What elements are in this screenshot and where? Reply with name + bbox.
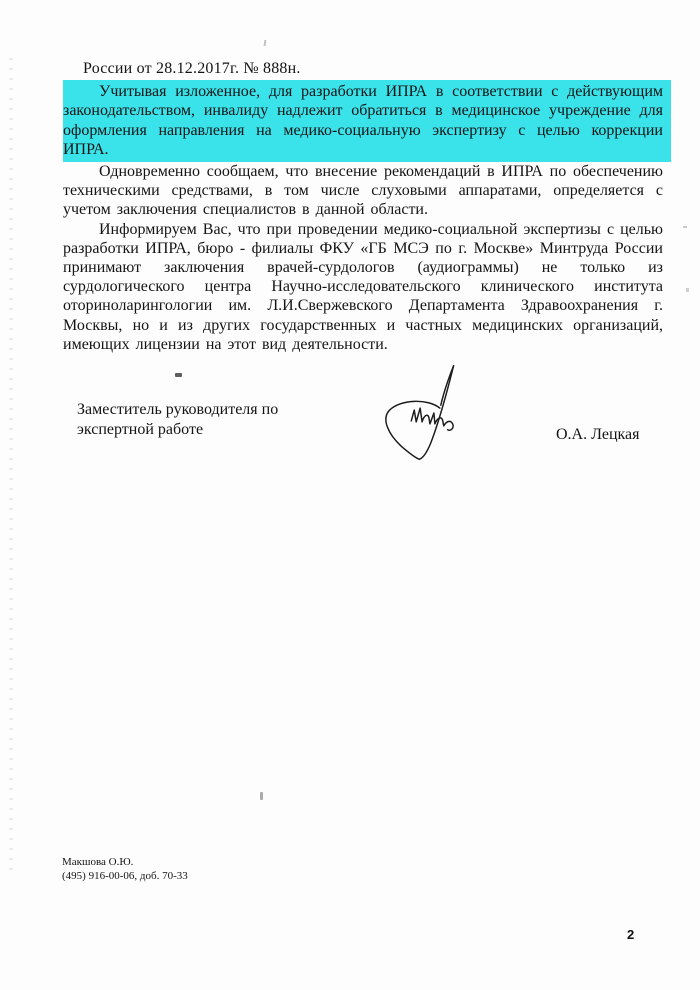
scan-artifact	[175, 373, 182, 377]
scan-artifact	[686, 288, 689, 292]
document-page: России от 28.12.2017г. № 888н. Учитывая …	[0, 0, 700, 990]
letter-body: России от 28.12.2017г. № 888н. Учитывая …	[63, 59, 663, 354]
executor-block: Макшова О.Ю. (495) 916-00-06, доб. 70-33	[62, 856, 188, 883]
signatory-position: Заместитель руководителя по экспертной р…	[77, 400, 282, 440]
opening-line: России от 28.12.2017г. № 888н.	[83, 59, 663, 78]
highlighted-paragraph: Учитывая изложенное, для разработки ИПРА…	[63, 80, 671, 162]
scan-artifact	[683, 226, 687, 228]
paragraph-audiogram-info: Информируем Вас, что при проведении меди…	[63, 220, 663, 354]
handwritten-signature	[378, 356, 478, 474]
scan-perforation-marks	[9, 58, 13, 878]
executor-phone: (495) 916-00-06, доб. 70-33	[62, 870, 188, 884]
page-number: 2	[627, 927, 634, 942]
scan-artifact	[264, 40, 267, 46]
scan-artifact	[260, 792, 263, 800]
paragraph-tech-recommendations: Одновременно сообщаем, что внесение реко…	[63, 162, 663, 220]
executor-name: Макшова О.Ю.	[62, 856, 188, 870]
signatory-name: О.А. Лецкая	[556, 426, 640, 444]
